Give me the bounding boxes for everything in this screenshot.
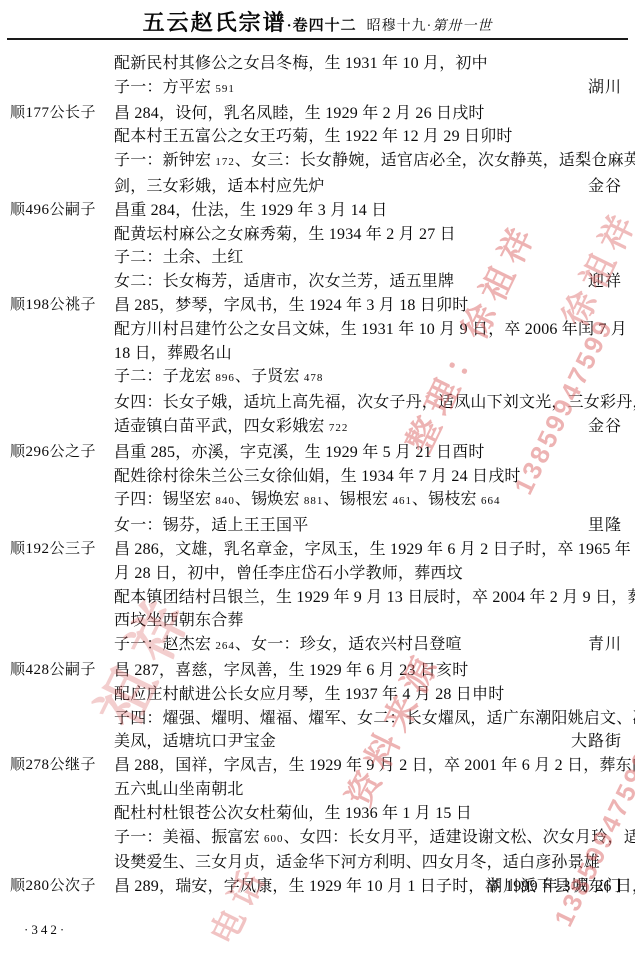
entry-order-label	[10, 465, 114, 489]
page-number: ·342·	[24, 922, 67, 938]
entry-text: 配杜村杜银苍公次女杜菊仙，生 1936 年 1 月 15 日	[114, 802, 622, 826]
text-segment: 配新民村其修公之女吕冬梅，生 1931 年 10 月，初中	[114, 55, 488, 72]
entry-order-label: 顺192公三子	[10, 538, 114, 562]
entry-order-label	[10, 562, 114, 586]
entry-text: 五六虬山坐南朝北	[114, 778, 622, 802]
entry-text: 配方川村吕建竹公之女吕文妹，生 1931 年 10 月 9 日，卒 2006 年…	[114, 318, 627, 342]
genealogy-line: 配应庄村献进公长女应月琴，生 1937 年 4 月 28 日申时	[10, 683, 622, 707]
genealogy-line: 子二：土余、土红	[10, 246, 622, 270]
branch-place-tag: 里隆	[588, 514, 622, 538]
text-segment: 子一：美福、振富宏	[114, 829, 264, 846]
reference-number: 591	[215, 83, 235, 95]
entry-text: 西坟坐西朝东合葬	[114, 609, 622, 633]
entry-order-label	[10, 52, 114, 76]
text-segment: 西坟坐西朝东合葬	[114, 612, 244, 629]
genealogy-line: 配黄坛村麻公之女麻秀菊，生 1934 年 2 月 27 日	[10, 223, 622, 247]
text-segment: 、女一：珍女，适农兴村吕登喧	[235, 636, 462, 653]
text-segment: 昌重 285，亦溪，字克溪，生 1929 年 5 月 21 日酉时	[114, 444, 485, 461]
text-segment: 昌 287，喜慈，字凤善，生 1929 年 6 月 23 日亥时	[114, 662, 468, 679]
entry-order-label	[10, 778, 114, 802]
entry-order-label	[10, 730, 114, 754]
genealogy-line: 配本镇团结村吕银兰，生 1929 年 9 月 13 日辰时，卒 2004 年 2…	[10, 586, 622, 610]
reference-number: 881	[304, 495, 324, 507]
genealogy-scan-page: 五云赵氏宗谱·卷四十二昭穆十九·第卅一世 配新民村其修公之女吕冬梅，生 1931…	[0, 0, 635, 968]
reference-number: 264	[215, 640, 235, 652]
genealogy-line: 剑，三女彩娥，适本村应先炉金谷	[10, 175, 622, 199]
text-segment: 美凤，适塘坑口尹宝金	[114, 733, 276, 750]
text-segment: 女一：锡芬，适上王王国平	[114, 517, 308, 534]
text-segment: 昌 289，瑞安，字凤康，生 1929 年 10 月 1 日子时，卒 1999 …	[114, 878, 635, 895]
entry-order-label: 顺496公嗣子	[10, 199, 114, 223]
reference-number: 461	[392, 495, 412, 507]
genealogy-line: 子一：方平宏 591湖川	[10, 76, 622, 102]
text-segment: 、女四：长女月平，适建设谢文松、次女月玲，适建	[284, 829, 635, 846]
branch-place-tag: 金谷	[588, 415, 622, 439]
entry-order-label	[10, 609, 114, 633]
text-segment: 、锡根宏	[323, 491, 392, 508]
entry-order-label	[10, 76, 114, 102]
entry-text: 子一：赵杰宏 264、女一：珍女，适农兴村吕登喧青川	[114, 633, 622, 659]
entry-text: 子四：锡坚宏 840、锡焕宏 881、锡根宏 461、锡枝宏 664	[114, 488, 622, 514]
branch-place-tag: 青川	[588, 633, 622, 657]
entry-text: 设樊爱生、三女月贞，适金华下河方利明、四女月冬，适白彦孙景雄	[114, 851, 622, 875]
reference-number: 664	[481, 495, 501, 507]
entry-order-label	[10, 246, 114, 270]
genealogy-line: 顺296公之子昌重 285，亦溪，字克溪，生 1929 年 5 月 21 日酉时	[10, 441, 622, 465]
reference-number: 896	[215, 372, 235, 384]
genealogy-line: 子四：锡坚宏 840、锡焕宏 881、锡根宏 461、锡枝宏 664	[10, 488, 622, 514]
text-segment: 配杜村杜银苍公次女杜菊仙，生 1936 年 1 月 15 日	[114, 805, 472, 822]
entry-text: 配本村王五富公之女王巧菊，生 1922 年 12 月 29 日卯时	[114, 125, 622, 149]
branch-place-tag: 金谷	[588, 175, 622, 199]
text-segment: 月 28 日，初中，曾任李庄岱石小学教师，葬西坟	[114, 565, 463, 582]
entry-order-label	[10, 149, 114, 175]
entry-order-label	[10, 826, 114, 852]
text-segment: 女四：长女子娥，适坑上高先福，次女子丹，适凤山下刘文光，三女彩丹，	[114, 394, 635, 411]
entry-order-label	[10, 802, 114, 826]
text-segment: 子四：燿强、燿明、燿福、燿军、女二：长女燿凤，适广东潮阳姚启文、次女	[114, 710, 635, 727]
reference-number: 478	[304, 372, 324, 384]
header-rule	[7, 38, 628, 40]
entry-order-label	[10, 365, 114, 391]
entry-text: 昌重 285，亦溪，字克溪，生 1929 年 5 月 21 日酉时	[114, 441, 622, 465]
text-segment: 设樊爱生、三女月贞，适金华下河方利明、四女月冬，适白彦孙景雄	[114, 854, 600, 871]
text-segment: 女二：长女梅芳，适唐市，次女兰芳，适五里牌	[114, 273, 454, 290]
entry-order-label	[10, 342, 114, 366]
genealogy-line: 18 日，葬殿名山	[10, 342, 622, 366]
entry-order-label	[10, 633, 114, 659]
reference-number: 840	[215, 495, 235, 507]
entry-text: 配新民村其修公之女吕冬梅，生 1931 年 10 月，初中	[114, 52, 622, 76]
entry-order-label	[10, 707, 114, 731]
entry-text: 女二：长女梅芳，适唐市，次女兰芳，适五里牌迎祥	[114, 270, 622, 294]
genealogy-line: 顺198公祧子昌 285，梦琴，字凤书，生 1924 年 3 月 18 日卯时	[10, 294, 622, 318]
reference-number: 600	[264, 833, 284, 845]
genealogy-line: 适壶镇白苗平武，四女彩娥宏 722金谷	[10, 415, 622, 441]
genealogy-line: 顺428公嗣子昌 287，喜慈，字凤善，生 1929 年 6 月 23 日亥时	[10, 659, 622, 683]
document-body: 配新民村其修公之女吕冬梅，生 1931 年 10 月，初中子一：方平宏 591湖…	[10, 52, 622, 899]
genealogy-line: 女二：长女梅芳，适唐市，次女兰芳，适五里牌迎祥	[10, 270, 622, 294]
entry-text: 18 日，葬殿名山	[114, 342, 622, 366]
entry-text: 适壶镇白苗平武，四女彩娥宏 722金谷	[114, 415, 622, 441]
genealogy-line: 顺177公长子昌 284，设何，乳名凤睦，生 1929 年 2 月 26 日戌时	[10, 102, 622, 126]
entry-order-label	[10, 488, 114, 514]
branch-place-tag: 湖川	[588, 76, 622, 100]
genealogy-line: 配杜村杜银苍公次女杜菊仙，生 1936 年 1 月 15 日	[10, 802, 622, 826]
entry-order-label	[10, 683, 114, 707]
entry-text: 女一：锡芬，适上王王国平里隆	[114, 514, 622, 538]
genealogy-line: 女一：锡芬，适上王王国平里隆	[10, 514, 622, 538]
page-header: 五云赵氏宗谱·卷四十二昭穆十九·第卅一世	[0, 6, 635, 37]
text-segment: 18 日，葬殿名山	[114, 345, 232, 362]
entry-text: 昌 286，文雄，乳名章金，字凤玉，生 1929 年 6 月 2 日子时，卒 1…	[114, 538, 635, 562]
entry-order-label	[10, 586, 114, 610]
text-segment: 剑，三女彩娥，适本村应先炉	[114, 178, 325, 195]
genealogy-line: 子一：美福、振富宏 600、女四：长女月平，适建设谢文松、次女月玲，适建	[10, 826, 622, 852]
book-title: 五云赵氏宗谱	[143, 10, 287, 35]
entry-order-label	[10, 175, 114, 199]
text-segment: 子一：赵杰宏	[114, 636, 215, 653]
entry-text: 子二：子龙宏 896、子贤宏 478	[114, 365, 622, 391]
entry-text: 昌 284，设何，乳名凤睦，生 1929 年 2 月 26 日戌时	[114, 102, 622, 126]
entry-text: 子一：方平宏 591湖川	[114, 76, 622, 102]
genealogy-line: 子二：子龙宏 896、子贤宏 478	[10, 365, 622, 391]
genealogy-line: 女四：长女子娥，适坑上高先福，次女子丹，适凤山下刘文光，三女彩丹，	[10, 391, 622, 415]
genealogy-line: 顺278公继子昌 288，国祥，字凤吉，生 1929 年 9 月 2 日，卒 2…	[10, 754, 622, 778]
text-segment: 昌 286，文雄，乳名章金，字凤玉，生 1929 年 6 月 2 日子时，卒 1…	[114, 541, 635, 558]
text-segment: 配黄坛村麻公之女麻秀菊，生 1934 年 2 月 27 日	[114, 226, 456, 243]
genealogy-line: 顺496公嗣子昌重 284，仕法，生 1929 年 3 月 14 日	[10, 199, 622, 223]
text-segment: 昌 285，梦琴，字凤书，生 1924 年 3 月 18 日卯时	[114, 297, 468, 314]
text-segment: 子一：方平宏	[114, 79, 215, 96]
entry-order-label	[10, 391, 114, 415]
reference-number: 722	[329, 422, 349, 434]
entry-order-label: 顺280公次子	[10, 875, 114, 899]
volume-label: ·卷四十二	[287, 18, 357, 34]
text-segment: 五六虬山坐南朝北	[114, 781, 244, 798]
entry-order-label	[10, 125, 114, 149]
entry-text: 配应庄村献进公长女应月琴，生 1937 年 4 月 28 日申时	[114, 683, 622, 707]
text-segment: 配本镇团结村吕银兰，生 1929 年 9 月 13 日辰时，卒 2004 年 2…	[114, 589, 635, 606]
genealogy-line: 配新民村其修公之女吕冬梅，生 1931 年 10 月，初中	[10, 52, 622, 76]
genealogy-line: 子一：新钟宏 172、女三：长女静婉，适官店必全，次女静英，适梨仓麻英	[10, 149, 622, 175]
genealogy-line: 顺280公次子昌 289，瑞安，字凤康，生 1929 年 10 月 1 日子时，…	[10, 875, 622, 899]
entry-text: 子四：燿强、燿明、燿福、燿军、女二：长女燿凤，适广东潮阳姚启文、次女	[114, 707, 635, 731]
text-segment: 适壶镇白苗平武，四女彩娥宏	[114, 418, 329, 435]
text-segment: 配应庄村献进公长女应月琴，生 1937 年 4 月 28 日申时	[114, 686, 504, 703]
text-segment: 、女三：长女静婉，适官店必全，次女静英，适梨仓麻英	[235, 152, 635, 169]
entry-order-label	[10, 270, 114, 294]
entry-text: 美凤，适塘坑口尹宝金大路街	[114, 730, 622, 754]
entry-order-label	[10, 851, 114, 875]
entry-text: 子一：新钟宏 172、女三：长女静婉，适官店必全，次女静英，适梨仓麻英	[114, 149, 635, 175]
text-segment: 昌 288，国祥，字凤吉，生 1929 年 9 月 2 日，卒 2001 年 6…	[114, 757, 635, 774]
entry-order-label: 顺278公继子	[10, 754, 114, 778]
reference-number: 172	[215, 156, 235, 168]
text-segment: 昌重 284，仕法，生 1929 年 3 月 14 日	[114, 202, 387, 219]
genealogy-line: 顺192公三子昌 286，文雄，乳名章金，字凤玉，生 1929 年 6 月 2 …	[10, 538, 622, 562]
text-segment: 、锡焕宏	[235, 491, 304, 508]
genealogy-line: 子四：燿强、燿明、燿福、燿军、女二：长女燿凤，适广东潮阳姚启文、次女	[10, 707, 622, 731]
entry-order-label	[10, 318, 114, 342]
genealogy-line: 美凤，适塘坑口尹宝金大路街	[10, 730, 622, 754]
entry-text: 昌 287，喜慈，字凤善，生 1929 年 6 月 23 日亥时	[114, 659, 622, 683]
entry-text: 配姓徐村徐朱兰公三女徐仙娟，生 1934 年 7 月 24 日戌时	[114, 465, 622, 489]
entry-order-label	[10, 223, 114, 247]
genealogy-line: 西坟坐西朝东合葬	[10, 609, 622, 633]
genealogy-line: 配本村王五富公之女王巧菊，生 1922 年 12 月 29 日卯时	[10, 125, 622, 149]
entry-order-label: 顺177公长子	[10, 102, 114, 126]
entry-text: 配黄坛村麻公之女麻秀菊，生 1934 年 2 月 27 日	[114, 223, 622, 247]
text-segment: 配本村王五富公之女王巧菊，生 1922 年 12 月 29 日卯时	[114, 128, 513, 145]
text-segment: 配姓徐村徐朱兰公三女徐仙娟，生 1934 年 7 月 24 日戌时	[114, 468, 521, 485]
entry-text: 女四：长女子娥，适坑上高先福，次女子丹，适凤山下刘文光，三女彩丹，	[114, 391, 635, 415]
branch-place-tag: 大路街	[571, 730, 622, 754]
entry-order-label: 顺296公之子	[10, 441, 114, 465]
genealogy-line: 五六虬山坐南朝北	[10, 778, 622, 802]
entry-text: 子一：美福、振富宏 600、女四：长女月平，适建设谢文松、次女月玲，适建	[114, 826, 635, 852]
genealogy-line: 子一：赵杰宏 264、女一：珍女，适农兴村吕登喧青川	[10, 633, 622, 659]
text-segment: 子四：锡坚宏	[114, 491, 215, 508]
entry-order-label	[10, 514, 114, 538]
entry-text: 昌重 284，仕法，生 1929 年 3 月 14 日	[114, 199, 622, 223]
entry-text: 昌 285，梦琴，字凤书，生 1924 年 3 月 18 日卯时	[114, 294, 622, 318]
text-segment: 、锡枝宏	[412, 491, 481, 508]
entry-text: 昌 288，国祥，字凤吉，生 1929 年 9 月 2 日，卒 2001 年 6…	[114, 754, 635, 778]
zhaomu-label: 昭穆十九·	[367, 19, 433, 34]
entry-order-label	[10, 415, 114, 441]
text-segment: 配方川村吕建竹公之女吕文妹，生 1931 年 10 月 9 日，卒 2006 年…	[114, 321, 627, 338]
entry-text: 昌 289，瑞安，字凤康，生 1929 年 10 月 1 日子时，卒 1999 …	[114, 875, 635, 899]
entry-text: 剑，三女彩娥，适本村应先炉金谷	[114, 175, 622, 199]
text-segment: 子二：子龙宏	[114, 368, 215, 385]
text-segment: 昌 284，设何，乳名凤睦，生 1929 年 2 月 26 日戌时	[114, 105, 485, 122]
text-segment: 、子贤宏	[235, 368, 304, 385]
genealogy-line: 设樊爱生、三女月贞，适金华下河方利明、四女月冬，适白彦孙景雄	[10, 851, 622, 875]
text-segment: 子二：土余、土红	[114, 249, 244, 266]
genealogy-line: 配方川村吕建竹公之女吕文妹，生 1931 年 10 月 9 日，卒 2006 年…	[10, 318, 622, 342]
entry-text: 月 28 日，初中，曾任李庄岱石小学教师，葬西坟	[114, 562, 622, 586]
genealogy-line: 配姓徐村徐朱兰公三女徐仙娟，生 1934 年 7 月 24 日戌时	[10, 465, 622, 489]
entry-text: 子二：土余、土红	[114, 246, 622, 270]
generation-label: 第卅一世	[432, 19, 492, 34]
entry-order-label: 顺198公祧子	[10, 294, 114, 318]
entry-text: 配本镇团结村吕银兰，生 1929 年 9 月 13 日辰时，卒 2004 年 2…	[114, 586, 635, 610]
entry-order-label: 顺428公嗣子	[10, 659, 114, 683]
text-segment: 子一：新钟宏	[114, 152, 215, 169]
branch-place-tag: 迎祥	[588, 270, 622, 294]
genealogy-line: 月 28 日，初中，曾任李庄岱石小学教师，葬西坟	[10, 562, 622, 586]
